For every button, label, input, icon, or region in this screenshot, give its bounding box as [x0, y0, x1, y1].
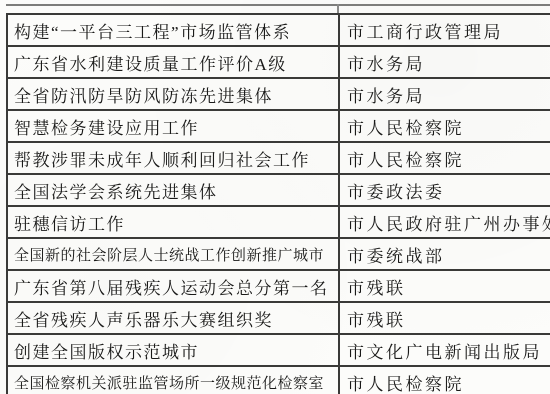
organization-cell: 市人民政府驻广州办事处	[340, 207, 550, 237]
organization-cell: 市文化广电新闻出版局	[340, 335, 550, 365]
organization-cell: 市人民检察院	[340, 367, 550, 394]
organization-cell: 市人民检察院	[340, 143, 550, 173]
organization-cell: 市工商行政管理局	[340, 15, 550, 45]
table-row: 智慧检务建设应用工作市人民检察院	[8, 111, 550, 143]
organization-cell: 市残联	[340, 271, 550, 301]
award-name-cell: 全省残疾人声乐器乐大赛组织奖	[8, 303, 340, 333]
table-row: 全省防汛防旱防风防冻先进集体市水务局	[8, 79, 550, 111]
organization-cell: 市残联	[340, 303, 550, 333]
table-row: 全国检察机关派驻监管场所一级规范化检察室市人民检察院	[8, 367, 550, 394]
table-row: 广东省水利建设质量工作评价A级市水务局	[8, 47, 550, 79]
table-row: 构建“一平台三工程”市场监管体系市工商行政管理局	[8, 15, 550, 47]
table-row: 全省残疾人声乐器乐大赛组织奖市残联	[8, 303, 550, 335]
award-name-cell: 全国新的社会阶层人士统战工作创新推广城市	[8, 239, 340, 269]
scanned-document-page: 构建“一平台三工程”市场监管体系市工商行政管理局广东省水利建设质量工作评价A级市…	[0, 0, 550, 394]
award-name-cell: 帮教涉罪未成年人顺利回归社会工作	[8, 143, 340, 173]
award-name-cell: 创建全国版权示范城市	[8, 335, 340, 365]
table-row: 全国新的社会阶层人士统战工作创新推广城市市委统战部	[8, 239, 550, 271]
awards-table: 构建“一平台三工程”市场监管体系市工商行政管理局广东省水利建设质量工作评价A级市…	[6, 13, 550, 394]
award-name-cell: 智慧检务建设应用工作	[8, 111, 340, 141]
table-row: 广东省第八届残疾人运动会总分第一名市残联	[8, 271, 550, 303]
table-row: 驻穗信访工作市人民政府驻广州办事处	[8, 207, 550, 239]
table-row: 全国法学会系统先进集体市委政法委	[8, 175, 550, 207]
table-row: 创建全国版权示范城市市文化广电新闻出版局	[8, 335, 550, 367]
award-name-cell: 广东省水利建设质量工作评价A级	[8, 47, 340, 77]
award-name-cell: 驻穗信访工作	[8, 207, 340, 237]
organization-cell: 市水务局	[340, 47, 550, 77]
award-name-cell: 全国法学会系统先进集体	[8, 175, 340, 205]
award-name-cell: 构建“一平台三工程”市场监管体系	[8, 15, 340, 45]
organization-cell: 市水务局	[340, 79, 550, 109]
award-name-cell: 全省防汛防旱防风防冻先进集体	[8, 79, 340, 109]
table-row: 帮教涉罪未成年人顺利回归社会工作市人民检察院	[8, 143, 550, 175]
organization-cell: 市委统战部	[340, 239, 550, 269]
award-name-cell: 全国检察机关派驻监管场所一级规范化检察室	[8, 367, 340, 394]
organization-cell: 市委政法委	[340, 175, 550, 205]
award-name-cell: 广东省第八届残疾人运动会总分第一名	[8, 271, 340, 301]
organization-cell: 市人民检察院	[340, 111, 550, 141]
cropped-previous-row-border	[6, 4, 550, 6]
